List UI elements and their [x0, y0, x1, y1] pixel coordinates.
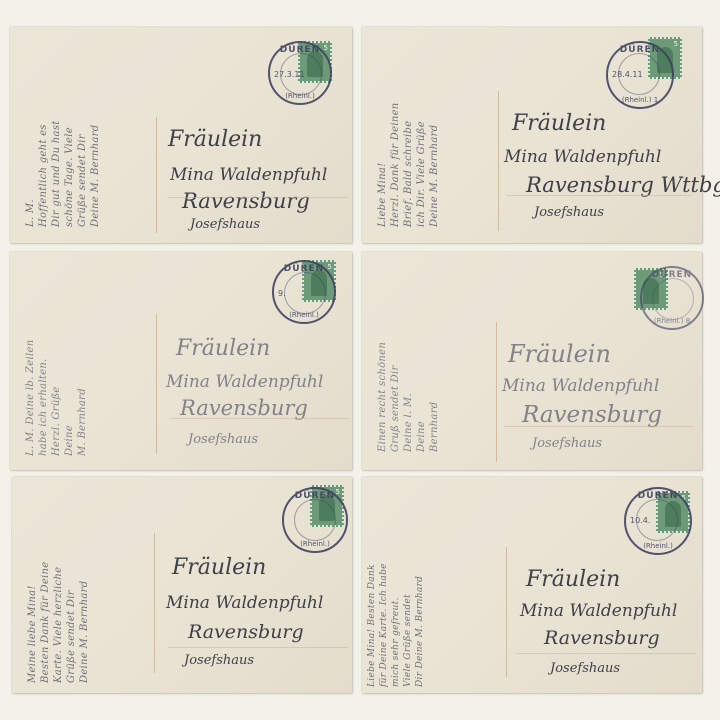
- handwritten-message: L. M. Hoffentlich geht es Dir gut und Du…: [24, 41, 102, 227]
- card-divider: [496, 322, 497, 462]
- address-city: Ravensburg: [182, 189, 310, 213]
- address-line: [170, 418, 350, 419]
- handwritten-message: Meine liebe Mina! Besten Dank für Deine …: [26, 503, 91, 683]
- address-line: [516, 653, 696, 654]
- address-line: [168, 647, 348, 648]
- address-title: Fräulein: [176, 336, 270, 361]
- stamp-value: 5: [674, 40, 678, 48]
- address-name: Mina Waldenpfuhl: [502, 376, 659, 396]
- handwritten-message: Liebe Mina! Herzl. Dank für Deinen Brief…: [376, 43, 441, 227]
- postcard-3: L. M. Deine lb. Zeilen habe ich erhalten…: [10, 252, 352, 470]
- address-line: [504, 426, 694, 427]
- postmark-town: DÜREN: [626, 491, 690, 501]
- postmark: DÜREN (Rheinl.): [282, 487, 348, 553]
- postmark-town: DÜREN: [642, 270, 702, 280]
- postmark: DÜREN (Rheinl.) 8: [640, 266, 704, 330]
- postmark-region: (Rheinl.): [270, 92, 330, 100]
- card-divider: [156, 117, 157, 233]
- postcard-1: L. M. Hoffentlich geht es Dir gut und Du…: [10, 27, 352, 243]
- postmark-region: (Rheinl.): [626, 542, 690, 550]
- postmark-region: (Rheinl.): [284, 540, 346, 548]
- address-name: Mina Waldenpfuhl: [166, 593, 323, 613]
- postmark-inner-ring: [284, 272, 326, 314]
- address-city: Ravensburg: [188, 621, 304, 643]
- address-street: Josefshaus: [184, 653, 254, 668]
- card-divider: [498, 91, 499, 231]
- address-title: Fräulein: [172, 555, 266, 580]
- postmark-town: DÜREN: [270, 45, 330, 55]
- address-line: [168, 197, 348, 198]
- address-title: Fräulein: [508, 340, 611, 368]
- postmark-region: (Rheinl.) 8: [642, 317, 702, 325]
- address-city: Ravensburg: [522, 402, 662, 428]
- postmark-region: (Rheinl.) 1: [608, 96, 672, 104]
- address-title: Fräulein: [526, 567, 620, 592]
- address-city: Ravensburg: [180, 396, 308, 420]
- postmark-date: 10.4.: [630, 516, 650, 525]
- address-name: Mina Waldenpfuhl: [504, 147, 661, 167]
- postmark-inner-ring: [294, 499, 336, 541]
- postmark: DÜREN 28.4.11 (Rheinl.) 1: [606, 41, 674, 109]
- address-street: Josefshaus: [188, 432, 258, 447]
- postmark-town: DÜREN: [284, 491, 346, 501]
- postmark-date: 28.4.11: [612, 70, 643, 79]
- postcard-5: Meine liebe Mina! Besten Dank für Deine …: [12, 477, 352, 693]
- address-street: Josefshaus: [190, 217, 260, 232]
- card-divider: [506, 547, 507, 677]
- postmark-date: 9.: [278, 289, 286, 298]
- card-divider: [154, 533, 155, 673]
- postcard-6: Liebe Mina! Besten Dank für Deine Karte.…: [362, 477, 702, 693]
- address-street: Josefshaus: [532, 436, 602, 451]
- postmark-region: (Rheinl.): [274, 311, 334, 319]
- postmark-town: DÜREN: [274, 264, 334, 274]
- handwritten-message: Liebe Mina! Besten Dank für Deine Karte.…: [366, 487, 426, 687]
- address-name: Mina Waldenpfuhl: [166, 372, 323, 392]
- postcard-4: Einen recht schönen Gruß sendet Dir Dein…: [362, 252, 702, 470]
- address-city: Ravensburg: [544, 627, 660, 649]
- postmark-date: 27.3.11: [274, 70, 305, 79]
- postmark: DÜREN 9. (Rheinl.): [272, 260, 336, 324]
- handwritten-message: Einen recht schönen Gruß sendet Dir Dein…: [376, 272, 441, 452]
- address-city: Ravensburg Wttbg: [526, 173, 720, 197]
- address-title: Fräulein: [512, 111, 606, 136]
- postmark: DÜREN 10.4. (Rheinl.): [624, 487, 692, 555]
- handwritten-message: L. M. Deine lb. Zeilen habe ich erhalten…: [24, 266, 89, 456]
- address-title: Fräulein: [168, 127, 262, 152]
- postmark: DÜREN 27.3.11 (Rheinl.): [268, 41, 332, 105]
- postmark-town: DÜREN: [608, 45, 672, 55]
- address-name: Mina Waldenpfuhl: [520, 601, 677, 621]
- address-street: Josefshaus: [534, 205, 604, 220]
- address-name: Mina Waldenpfuhl: [170, 165, 327, 185]
- address-line: [506, 195, 692, 196]
- postcard-2: Liebe Mina! Herzl. Dank für Deinen Brief…: [362, 27, 702, 243]
- address-street: Josefshaus: [550, 661, 620, 676]
- card-divider: [156, 314, 157, 454]
- postmark-inner-ring: [652, 278, 694, 320]
